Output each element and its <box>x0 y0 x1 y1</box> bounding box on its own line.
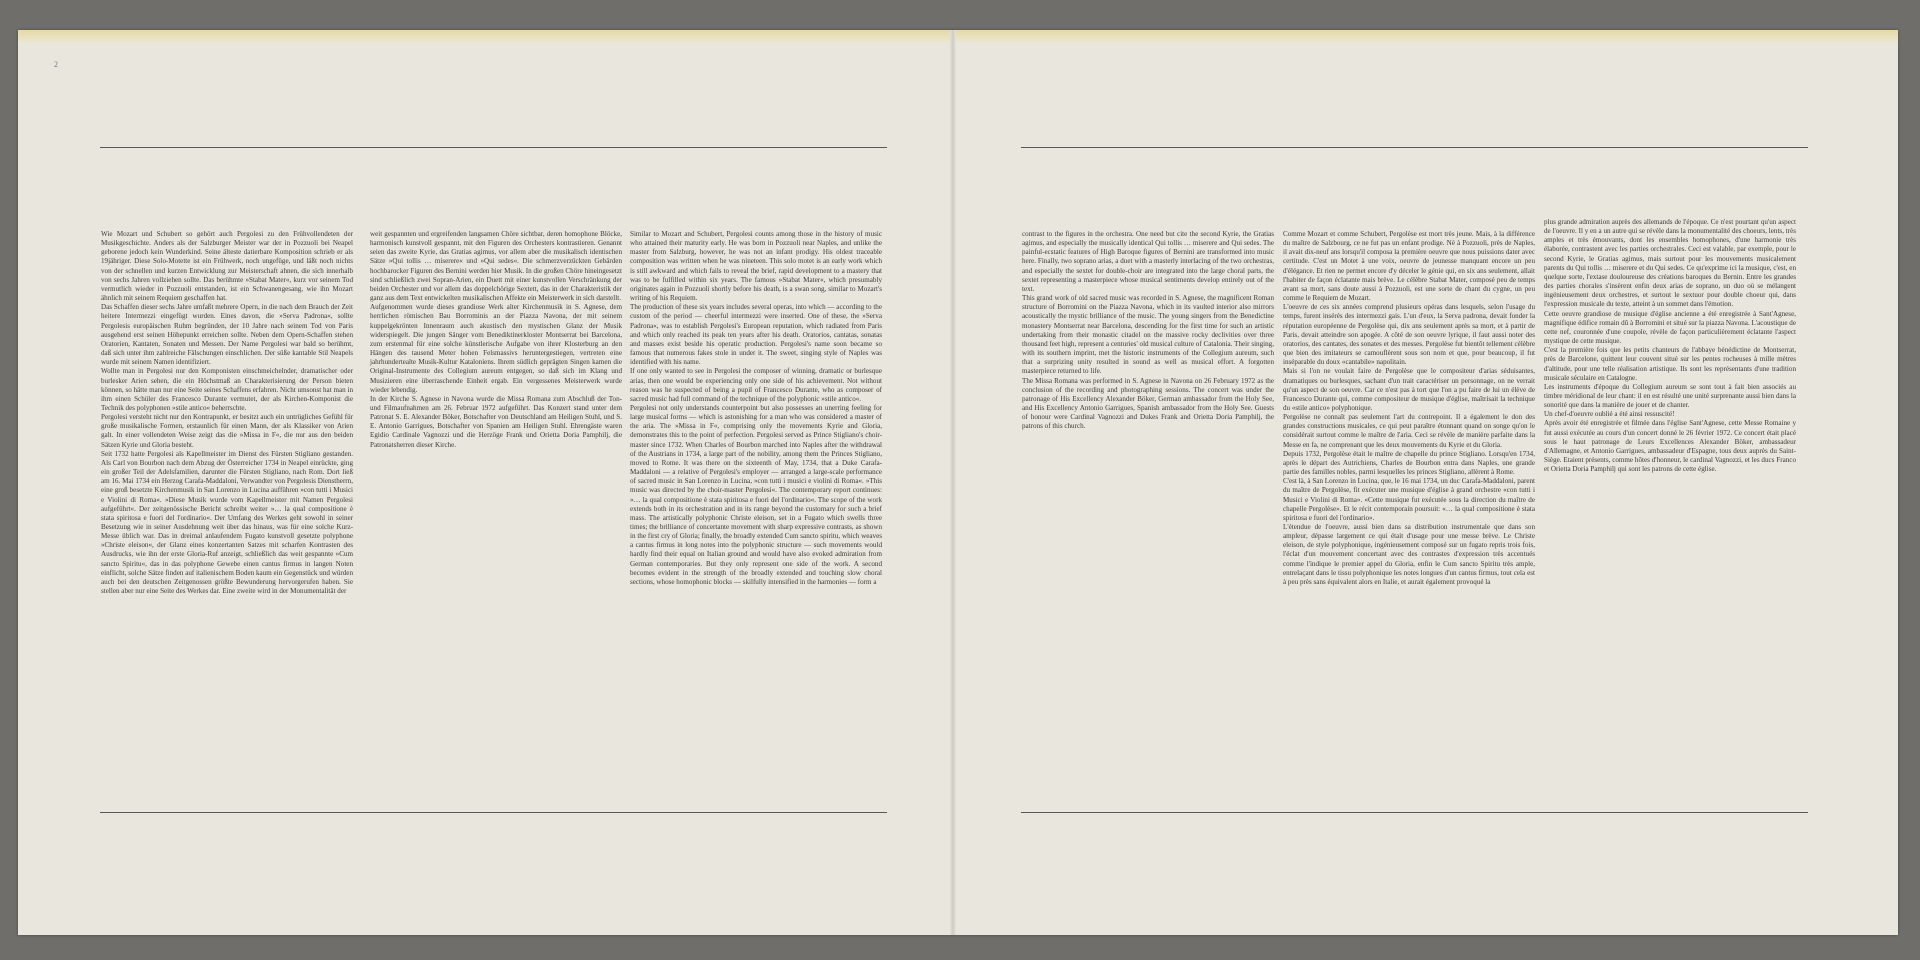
paragraph: This grand work of old sacred music was … <box>1022 294 1274 376</box>
text-column-german-2: weit gespannten und ergreifenden langsam… <box>370 230 622 450</box>
text-column-german-1: Wie Mozart und Schubert so gehört auch P… <box>101 230 353 596</box>
paragraph: Pergolesi not only understands counterpo… <box>630 404 882 587</box>
paragraph: Das Schaffen dieser sechs Jahre umfaßt m… <box>101 303 353 367</box>
paragraph: The production of these six years includ… <box>630 303 882 367</box>
left-top-rule <box>100 147 887 148</box>
paragraph: weit gespannten und ergreifenden langsam… <box>370 230 622 303</box>
paragraph: Seit 1732 hatte Pergolesi als Kapellmeis… <box>101 450 353 597</box>
paragraph: Similar to Mozart and Schubert, Pergoles… <box>630 230 882 303</box>
liner-sheet: 2 Wie Mozart und Schubert so gehört auch… <box>18 30 1898 935</box>
paragraph: C'est là, à San Lorenzo in Lucina, que, … <box>1283 477 1535 523</box>
paragraph: Les instruments d'époque du Collegium au… <box>1544 383 1796 410</box>
paragraph: Pergolesi versteht nicht nur den Kontrap… <box>101 413 353 450</box>
paragraph: L'oeuvre de ces six années comprend plus… <box>1283 303 1535 367</box>
paragraph: In der Kirche S. Agnese in Navona wurde … <box>370 395 622 450</box>
right-bottom-rule <box>1021 812 1808 813</box>
right-top-rule <box>1021 147 1808 148</box>
page-mark: 2 <box>54 60 58 69</box>
text-column-english-1: Similar to Mozart and Schubert, Pergoles… <box>630 230 882 587</box>
paragraph: Wollte man in Pergolesi nur den Komponis… <box>101 367 353 413</box>
paragraph: C'est la première fois que les petits ch… <box>1544 346 1796 383</box>
paragraph: Après avoir été enregistrée et filmée da… <box>1544 419 1796 474</box>
text-column-french-1: Comme Mozart et comme Schubert, Pergolès… <box>1283 230 1535 587</box>
text-column-english-2: contrast to the figures in the orchestra… <box>1022 230 1274 431</box>
paragraph: Comme Mozart et comme Schubert, Pergolès… <box>1283 230 1535 303</box>
paragraph: Wie Mozart und Schubert so gehört auch P… <box>101 230 353 303</box>
paragraph: Depuis 1732, Pergolèse était le maître d… <box>1283 450 1535 477</box>
paragraph: plus grande admiration auprès des allema… <box>1544 218 1796 310</box>
paragraph: Aufgenommen wurde dieses grandiose Werk … <box>370 303 622 395</box>
paragraph: Cette oeuvre grandiose de musique d'égli… <box>1544 310 1796 347</box>
paragraph: Mais si l'on ne voulait faire de Pergolè… <box>1283 367 1535 413</box>
paragraph: The Missa Romana was performed in S. Agn… <box>1022 377 1274 432</box>
text-column-french-2: plus grande admiration auprès des allema… <box>1544 218 1796 474</box>
paragraph: Pergolèse ne connaît pas seulement l'art… <box>1283 413 1535 450</box>
left-bottom-rule <box>100 812 887 813</box>
paragraph: L'étendue de l'oeuvre, aussi bien dans s… <box>1283 523 1535 587</box>
paragraph: Un chef-d'oeuvre oublié a été ainsi ress… <box>1544 410 1796 419</box>
center-fold <box>950 30 956 935</box>
paragraph: contrast to the figures in the orchestra… <box>1022 230 1274 294</box>
paper-top-edge <box>18 30 1898 42</box>
paragraph: If one only wanted to see in Pergolesi t… <box>630 367 882 404</box>
